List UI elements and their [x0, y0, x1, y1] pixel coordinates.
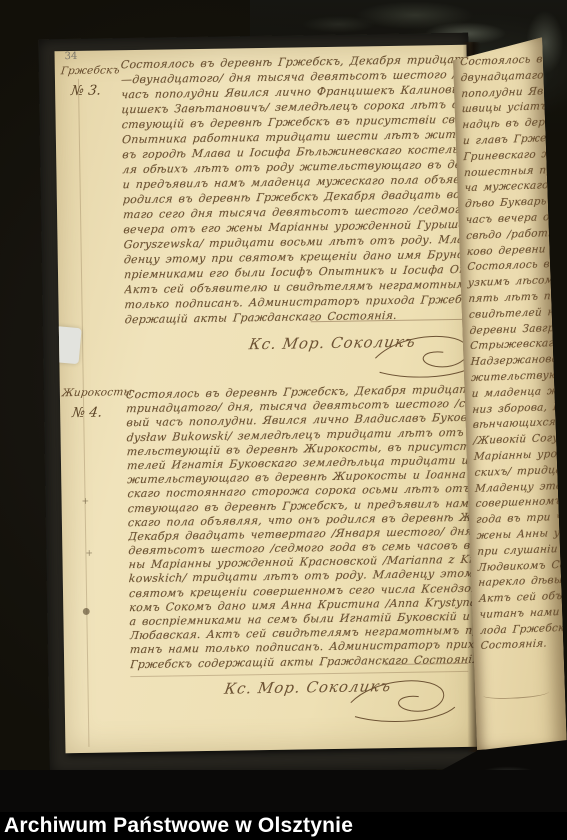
photo-backdrop: 34 Гржебскъ № 3. Состоялось въ деревнѣ Г…: [0, 0, 567, 840]
ink-mark: +: [82, 497, 90, 507]
archive-banner: Archiwum Państwowe w Olsztynie: [0, 812, 567, 840]
page-repair-patch: [55, 326, 82, 364]
signature-flourish: [483, 687, 549, 699]
record-1-text: Состоялось въ деревнѣ Гржебскъ, Декабря …: [121, 53, 469, 328]
archive-banner-title: Archiwum Państwowe w Olsztynie: [0, 812, 567, 840]
record-1-margin: Гржебскъ № 3.: [61, 64, 124, 99]
record-2-text: Состоялось въ деревнѣ Гржебскъ, Декабря …: [126, 383, 474, 672]
pencil-mark: 34: [65, 51, 78, 62]
handwriting-line: ча мужескаго пол: [464, 178, 567, 198]
ink-mark: ●: [82, 607, 90, 617]
signature-flourish: [346, 675, 459, 723]
record-number: № 3.: [70, 82, 124, 99]
handwriting-line: дѣво Букварь по: [464, 194, 566, 214]
handwriting-line: Состоянія.: [480, 636, 567, 656]
ink-mark: +: [85, 549, 93, 559]
priest-signature: Кс. Мор. Соколикъ: [249, 332, 416, 381]
cover-bottom: [0, 770, 567, 812]
handwriting-line: свидѣтелей немн: [468, 305, 567, 325]
handwriting-line: Состоялось въ уѣз: [467, 257, 567, 277]
record-number: № 4.: [71, 404, 125, 421]
document-page: 34 Гржебскъ № 3. Состоялось въ деревнѣ Г…: [55, 45, 478, 753]
handwriting-line: свѣдо /работникъ: [466, 226, 567, 246]
handwriting-line: пять лѣтъ при наш: [468, 289, 567, 309]
priest-signature: Кс. Мор. Соколикъ: [224, 676, 391, 725]
signature-flourish: [371, 331, 478, 379]
handwriting-line: часъ вечера отъ с: [465, 210, 567, 230]
record-2-margin: Жирокосты № 4.: [62, 386, 125, 421]
handwriting-line: узкимъ лѣсомъ /н: [467, 273, 567, 293]
margin-place-label: Жирокосты: [61, 386, 124, 399]
margin-place-label: Гржебскъ: [60, 64, 123, 77]
